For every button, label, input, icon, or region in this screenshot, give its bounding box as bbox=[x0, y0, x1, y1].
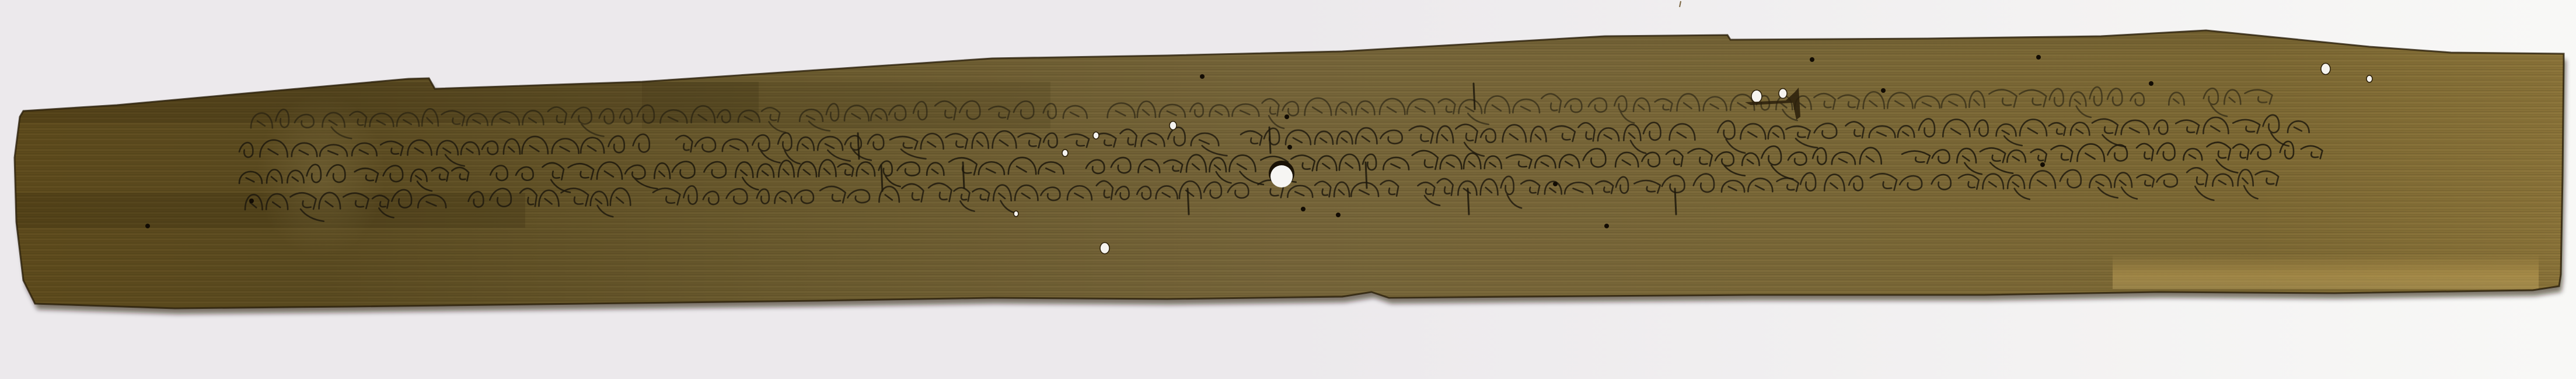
danda-mark bbox=[1188, 189, 1189, 214]
dark-speck bbox=[1881, 88, 1886, 93]
danda-mark bbox=[1366, 162, 1367, 188]
wormhole bbox=[1751, 90, 1762, 103]
background-specks bbox=[1680, 1, 1681, 7]
danda-mark bbox=[881, 165, 882, 191]
dark-speck bbox=[2040, 162, 2045, 167]
wormhole bbox=[1170, 121, 1177, 130]
wormhole bbox=[1062, 149, 1068, 157]
dark-speck bbox=[1287, 145, 1292, 149]
dark-speck bbox=[1336, 213, 1341, 217]
wormhole bbox=[2366, 75, 2372, 82]
danda-mark bbox=[963, 162, 964, 188]
dark-speck bbox=[2149, 81, 2153, 86]
dark-speck bbox=[1553, 182, 1558, 186]
dark-speck bbox=[1284, 114, 1289, 119]
dark-speck bbox=[1200, 74, 1205, 79]
dark-speck bbox=[2036, 55, 2041, 60]
dark-speck bbox=[1810, 57, 1814, 62]
wormhole bbox=[1100, 242, 1109, 253]
danda-mark bbox=[858, 133, 859, 159]
wormhole bbox=[1093, 132, 1099, 139]
background-fiber bbox=[1680, 1, 1681, 7]
dark-speck bbox=[249, 199, 254, 203]
dark-speck bbox=[145, 224, 150, 228]
wormhole bbox=[2321, 63, 2330, 74]
wormhole bbox=[1014, 211, 1018, 217]
danda-mark bbox=[1468, 189, 1469, 214]
dark-speck bbox=[533, 72, 537, 77]
danda-mark bbox=[1675, 189, 1676, 214]
string-hole bbox=[1270, 165, 1293, 187]
danda-mark bbox=[1474, 84, 1475, 109]
edge-shading bbox=[0, 0, 2576, 379]
dark-speck bbox=[1301, 207, 1306, 211]
wormhole bbox=[1779, 89, 1787, 99]
danda-mark bbox=[1269, 127, 1270, 153]
palm-leaf-folio bbox=[0, 0, 2576, 379]
dark-speck bbox=[1604, 224, 1609, 228]
palm-leaf-manuscript bbox=[0, 0, 2576, 379]
